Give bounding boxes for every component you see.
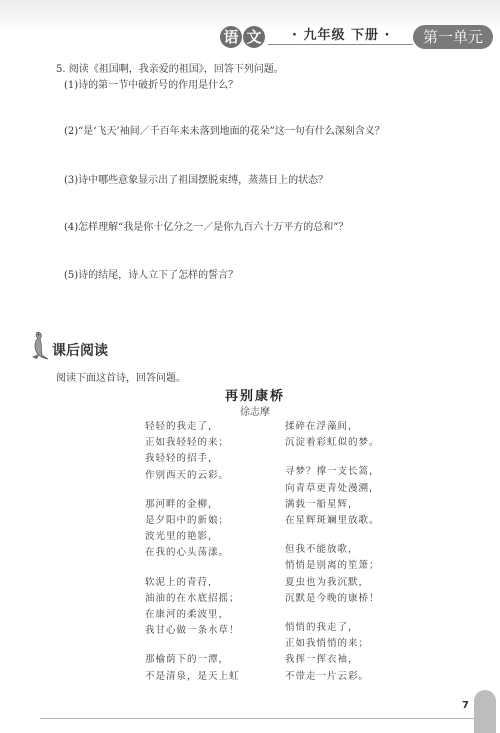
poem-line: 沉默是今晚的康桥！ bbox=[285, 591, 380, 607]
page-header: 语 文 · 九年级 下册 · 第一单元 bbox=[216, 20, 496, 50]
poem-stanza: 揉碎在浮藻间， 沉淀着彩虹似的梦。 bbox=[285, 419, 380, 451]
poem-line: 沉淀着彩虹似的梦。 bbox=[285, 435, 380, 451]
poem-stanza: 软泥上的青荇， 油油的在水底招摇； 在康河的柔波里， 我甘心做一条水草！ bbox=[145, 575, 240, 640]
reading-instruction: 阅读下面这首诗，回答问题。 bbox=[56, 369, 186, 384]
poem-column-left: 轻轻的我走了， 正如我轻轻的来； 我轻轻的招手， 作别西天的云彩。 那河畔的金柳… bbox=[145, 419, 240, 698]
unit-badge: 第一单元 bbox=[413, 25, 493, 49]
poem-line: 在康河的柔波里， bbox=[145, 607, 240, 623]
poem-line: 向青草更青处漫溯， bbox=[285, 481, 380, 497]
poem-line: 寻梦？撑一支长篙， bbox=[285, 464, 380, 480]
poem-stanza: 寻梦？撑一支长篙， 向青草更青处漫溯， 满载一船星辉， 在星辉斑斓里放歌。 bbox=[285, 464, 380, 529]
poem-line: 我轻轻的招手， bbox=[145, 451, 240, 467]
page-tab-decoration bbox=[474, 690, 496, 733]
question-1: (1)诗的第一节中破折号的作用是什么？ bbox=[64, 76, 238, 91]
poem-stanza: 但我不能放歌， 悄悄是别离的笙箫； 夏虫也为我沉默， 沉默是今晚的康桥！ bbox=[285, 542, 380, 607]
page-number: 7 bbox=[462, 700, 469, 711]
poem-line: 夏虫也为我沉默， bbox=[285, 575, 380, 591]
poem-stanza: 悄悄的我走了， 正如我悄悄的来； 我挥一挥衣袖， 不带走一片云彩。 bbox=[285, 620, 380, 685]
footer-divider bbox=[40, 718, 480, 719]
question-3: (3)诗中哪些意象显示出了祖国摆脱束缚，蒸蒸日上的状态？ bbox=[64, 171, 328, 186]
poem-line: 正如我悄悄的来； bbox=[285, 636, 380, 652]
poem-line: 轻轻的我走了， bbox=[145, 419, 240, 435]
poem-line: 正如我轻轻的来； bbox=[145, 435, 240, 451]
question-2: (2)“是‘飞天’袖间／千百年来未落到地面的花朵”这一句有什么深刻含义？ bbox=[64, 122, 385, 137]
poem-line: 油油的在水底招摇； bbox=[145, 591, 240, 607]
section-title: 课后阅读 bbox=[52, 340, 108, 360]
poem-line: 波光里的艳影， bbox=[145, 529, 240, 545]
poem-stanza: 那榆荫下的一潭， 不是清泉，是天上虹 bbox=[145, 652, 240, 684]
poem-line: 那榆荫下的一潭， bbox=[145, 652, 240, 668]
bird-icon bbox=[30, 330, 50, 360]
header-divider bbox=[268, 44, 413, 45]
subject-badge-yu: 语 bbox=[220, 26, 242, 48]
poem-line: 那河畔的金柳， bbox=[145, 497, 240, 513]
poem-stanza: 那河畔的金柳， 是夕阳中的新娘； 波光里的艳影， 在我的心头荡漾。 bbox=[145, 497, 240, 562]
poem-stanza: 轻轻的我走了， 正如我轻轻的来； 我轻轻的招手， 作别西天的云彩。 bbox=[145, 419, 240, 484]
grade-label: · 九年级 下册 · bbox=[292, 24, 390, 43]
poem-line: 是夕阳中的新娘； bbox=[145, 513, 240, 529]
poem-title: 再别康桥 bbox=[180, 385, 330, 404]
poem-line: 在我的心头荡漾。 bbox=[145, 545, 240, 561]
poem-author: 徐志摩 bbox=[180, 403, 330, 418]
poem-line: 悄悄的我走了， bbox=[285, 620, 380, 636]
poem-line: 不带走一片云彩。 bbox=[285, 669, 380, 685]
question-5: (5)诗的结尾，诗人立下了怎样的誓言？ bbox=[64, 266, 238, 281]
poem-line: 揉碎在浮藻间， bbox=[285, 419, 380, 435]
poem-line: 在星辉斑斓里放歌。 bbox=[285, 513, 380, 529]
question-4: (4)怎样理解“我是你十亿分之一／是你九百六十万平方的总和”？ bbox=[64, 218, 348, 233]
poem-line: 我挥一挥衣袖， bbox=[285, 652, 380, 668]
poem-line: 满载一船星辉， bbox=[285, 497, 380, 513]
exercise-prompt: 5. 阅读《祖国啊，我亲爱的祖国》，回答下列问题。 bbox=[56, 60, 284, 75]
poem-line: 软泥上的青荇， bbox=[145, 575, 240, 591]
poem-line: 悄悄是别离的笙箫； bbox=[285, 558, 380, 574]
poem-line: 我甘心做一条水草！ bbox=[145, 623, 240, 639]
poem-column-right: 揉碎在浮藻间， 沉淀着彩虹似的梦。 寻梦？撑一支长篙， 向青草更青处漫溯， 满载… bbox=[285, 419, 380, 698]
poem-line: 作别西天的云彩。 bbox=[145, 468, 240, 484]
section-heading: 课后阅读 bbox=[30, 330, 150, 360]
poem-line: 不是清泉，是天上虹 bbox=[145, 669, 240, 685]
subject-badge-wen: 文 bbox=[243, 26, 265, 48]
poem-line: 但我不能放歌， bbox=[285, 542, 380, 558]
